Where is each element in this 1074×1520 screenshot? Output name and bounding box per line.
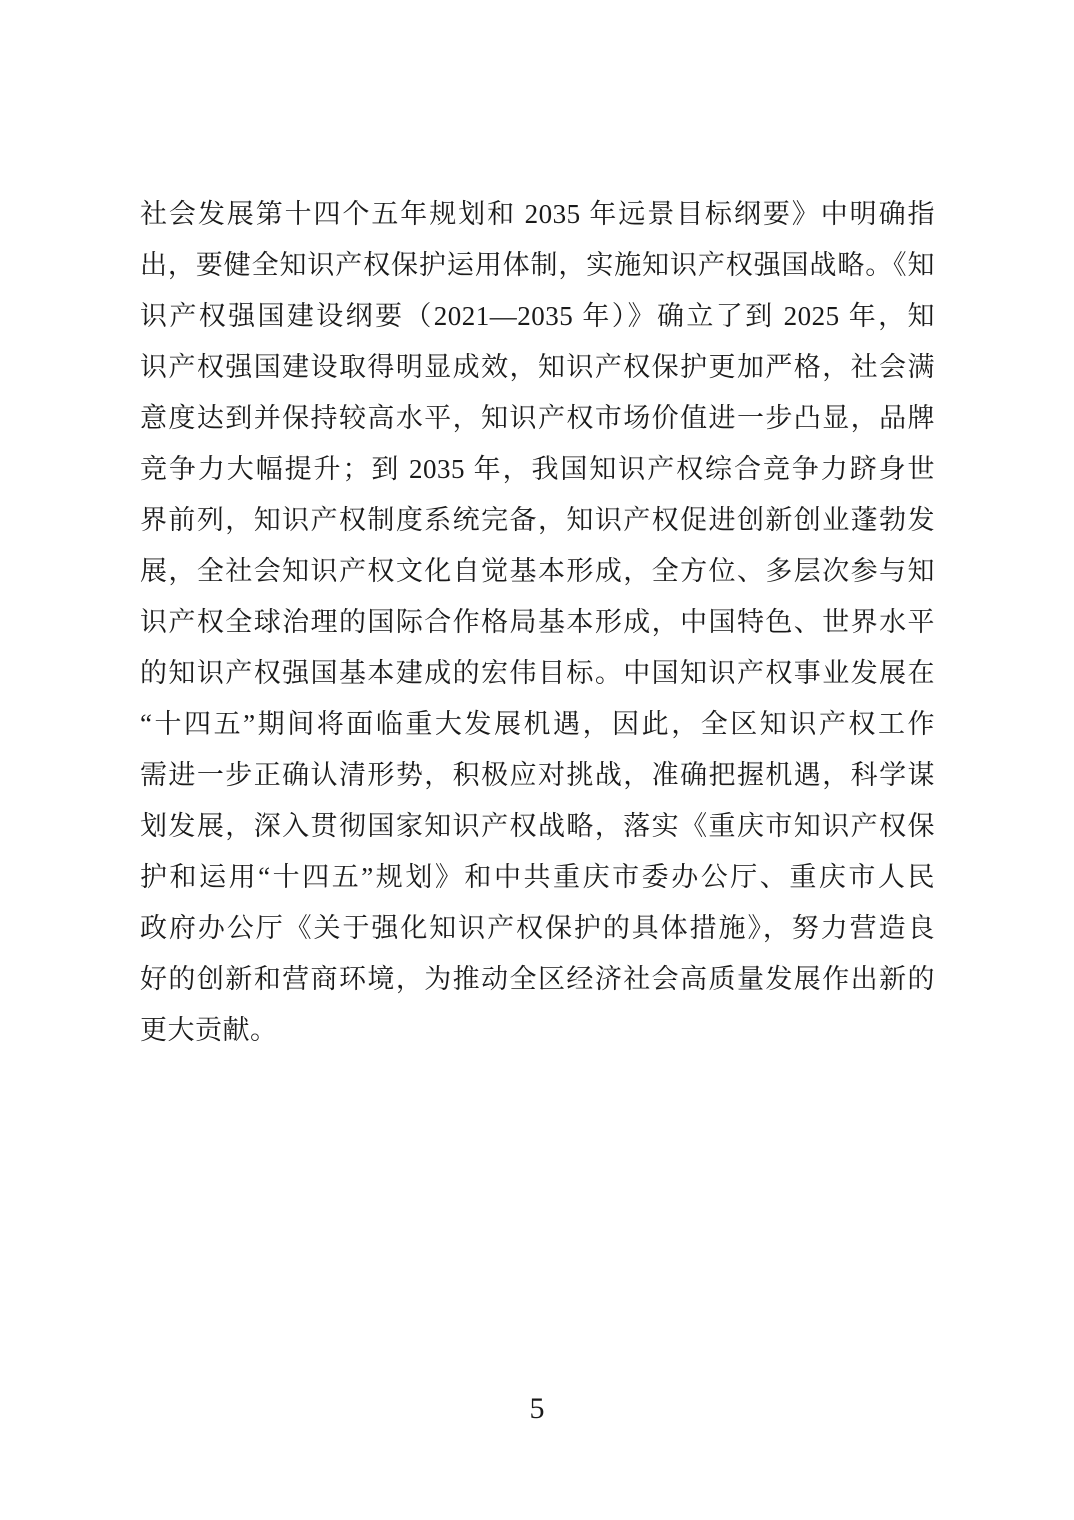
- text-line: “十四五”期间将面临重大发展机遇，因此，全区知识产权工作: [140, 699, 935, 750]
- text-line: 展，全社会知识产权文化自觉基本形成，全方位、多层次参与知: [140, 546, 935, 597]
- document-page: 社会发展第十四个五年规划和 2035 年远景目标纲要》中明确指 出，要健全知识产…: [0, 0, 1074, 1520]
- text-line: 界前列，知识产权制度系统完备，知识产权促进创新创业蓬勃发: [140, 495, 935, 546]
- text-line: 竞争力大幅提升；到 2035 年，我国知识产权综合竞争力跻身世: [140, 444, 935, 495]
- text-line: 政府办公厅《关于强化知识产权保护的具体措施》，努力营造良: [140, 903, 935, 954]
- text-line: 护和运用“十四五”规划》和中共重庆市委办公厅、重庆市人民: [140, 852, 935, 903]
- text-line: 识产权强国建设取得明显成效，知识产权保护更加严格，社会满: [140, 342, 935, 393]
- text-line: 出，要健全知识产权保护运用体制，实施知识产权强国战略。《知: [140, 240, 935, 291]
- text-line: 的知识产权强国基本建成的宏伟目标。中国知识产权事业发展在: [140, 648, 935, 699]
- text-line: 识产权强国建设纲要（2021—2035 年）》确立了到 2025 年，知: [140, 291, 935, 342]
- page-number: 5: [0, 1392, 1074, 1426]
- body-paragraph: 社会发展第十四个五年规划和 2035 年远景目标纲要》中明确指 出，要健全知识产…: [140, 189, 935, 1056]
- text-line: 更大贡献。: [140, 1005, 935, 1056]
- text-line: 好的创新和营商环境，为推动全区经济社会高质量发展作出新的: [140, 954, 935, 1005]
- text-line: 划发展，深入贯彻国家知识产权战略，落实《重庆市知识产权保: [140, 801, 935, 852]
- text-line: 需进一步正确认清形势，积极应对挑战，准确把握机遇，科学谋: [140, 750, 935, 801]
- text-line: 社会发展第十四个五年规划和 2035 年远景目标纲要》中明确指: [140, 189, 935, 240]
- text-line: 意度达到并保持较高水平，知识产权市场价值进一步凸显，品牌: [140, 393, 935, 444]
- text-line: 识产权全球治理的国际合作格局基本形成，中国特色、世界水平: [140, 597, 935, 648]
